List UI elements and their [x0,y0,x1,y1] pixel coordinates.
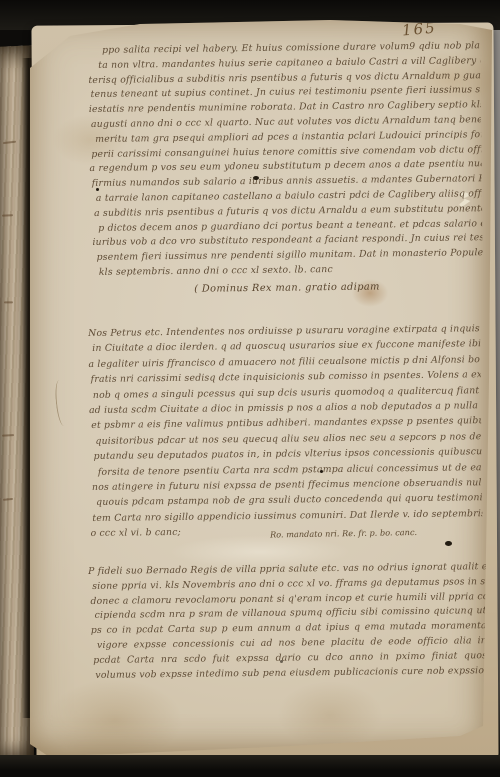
margin-flourish [54,380,70,427]
backdrop-bottom-band [0,755,500,777]
edge-text-fragment [3,141,16,144]
entry-heading: ( Dominus Rex man. gratio adipam [91,280,483,296]
edge-text-fragment [3,498,13,501]
edge-text-fragment [4,301,13,303]
text-block-entry-3: P fideli suo Bernado Regis de villa ppri… [88,560,487,683]
manuscript-photograph: 165 ppo salita recipi vel habery. Et hui… [0,0,500,777]
ink-blot [320,470,323,473]
edge-text-fragment [2,434,14,437]
ink-blot [280,660,283,663]
edge-text-fragment [2,214,13,216]
ink-blot [253,176,259,180]
text-block-entry-1: ppo salita recipi vel habery. Et huius c… [88,39,483,296]
ink-blot [96,188,99,191]
manuscript-page: 165 ppo salita recipi vel habery. Et hui… [30,20,492,758]
ink-blot [445,541,452,546]
text-block-entry-2: Nos Petrus etc. Intendentes nos ordiuiss… [88,321,483,541]
